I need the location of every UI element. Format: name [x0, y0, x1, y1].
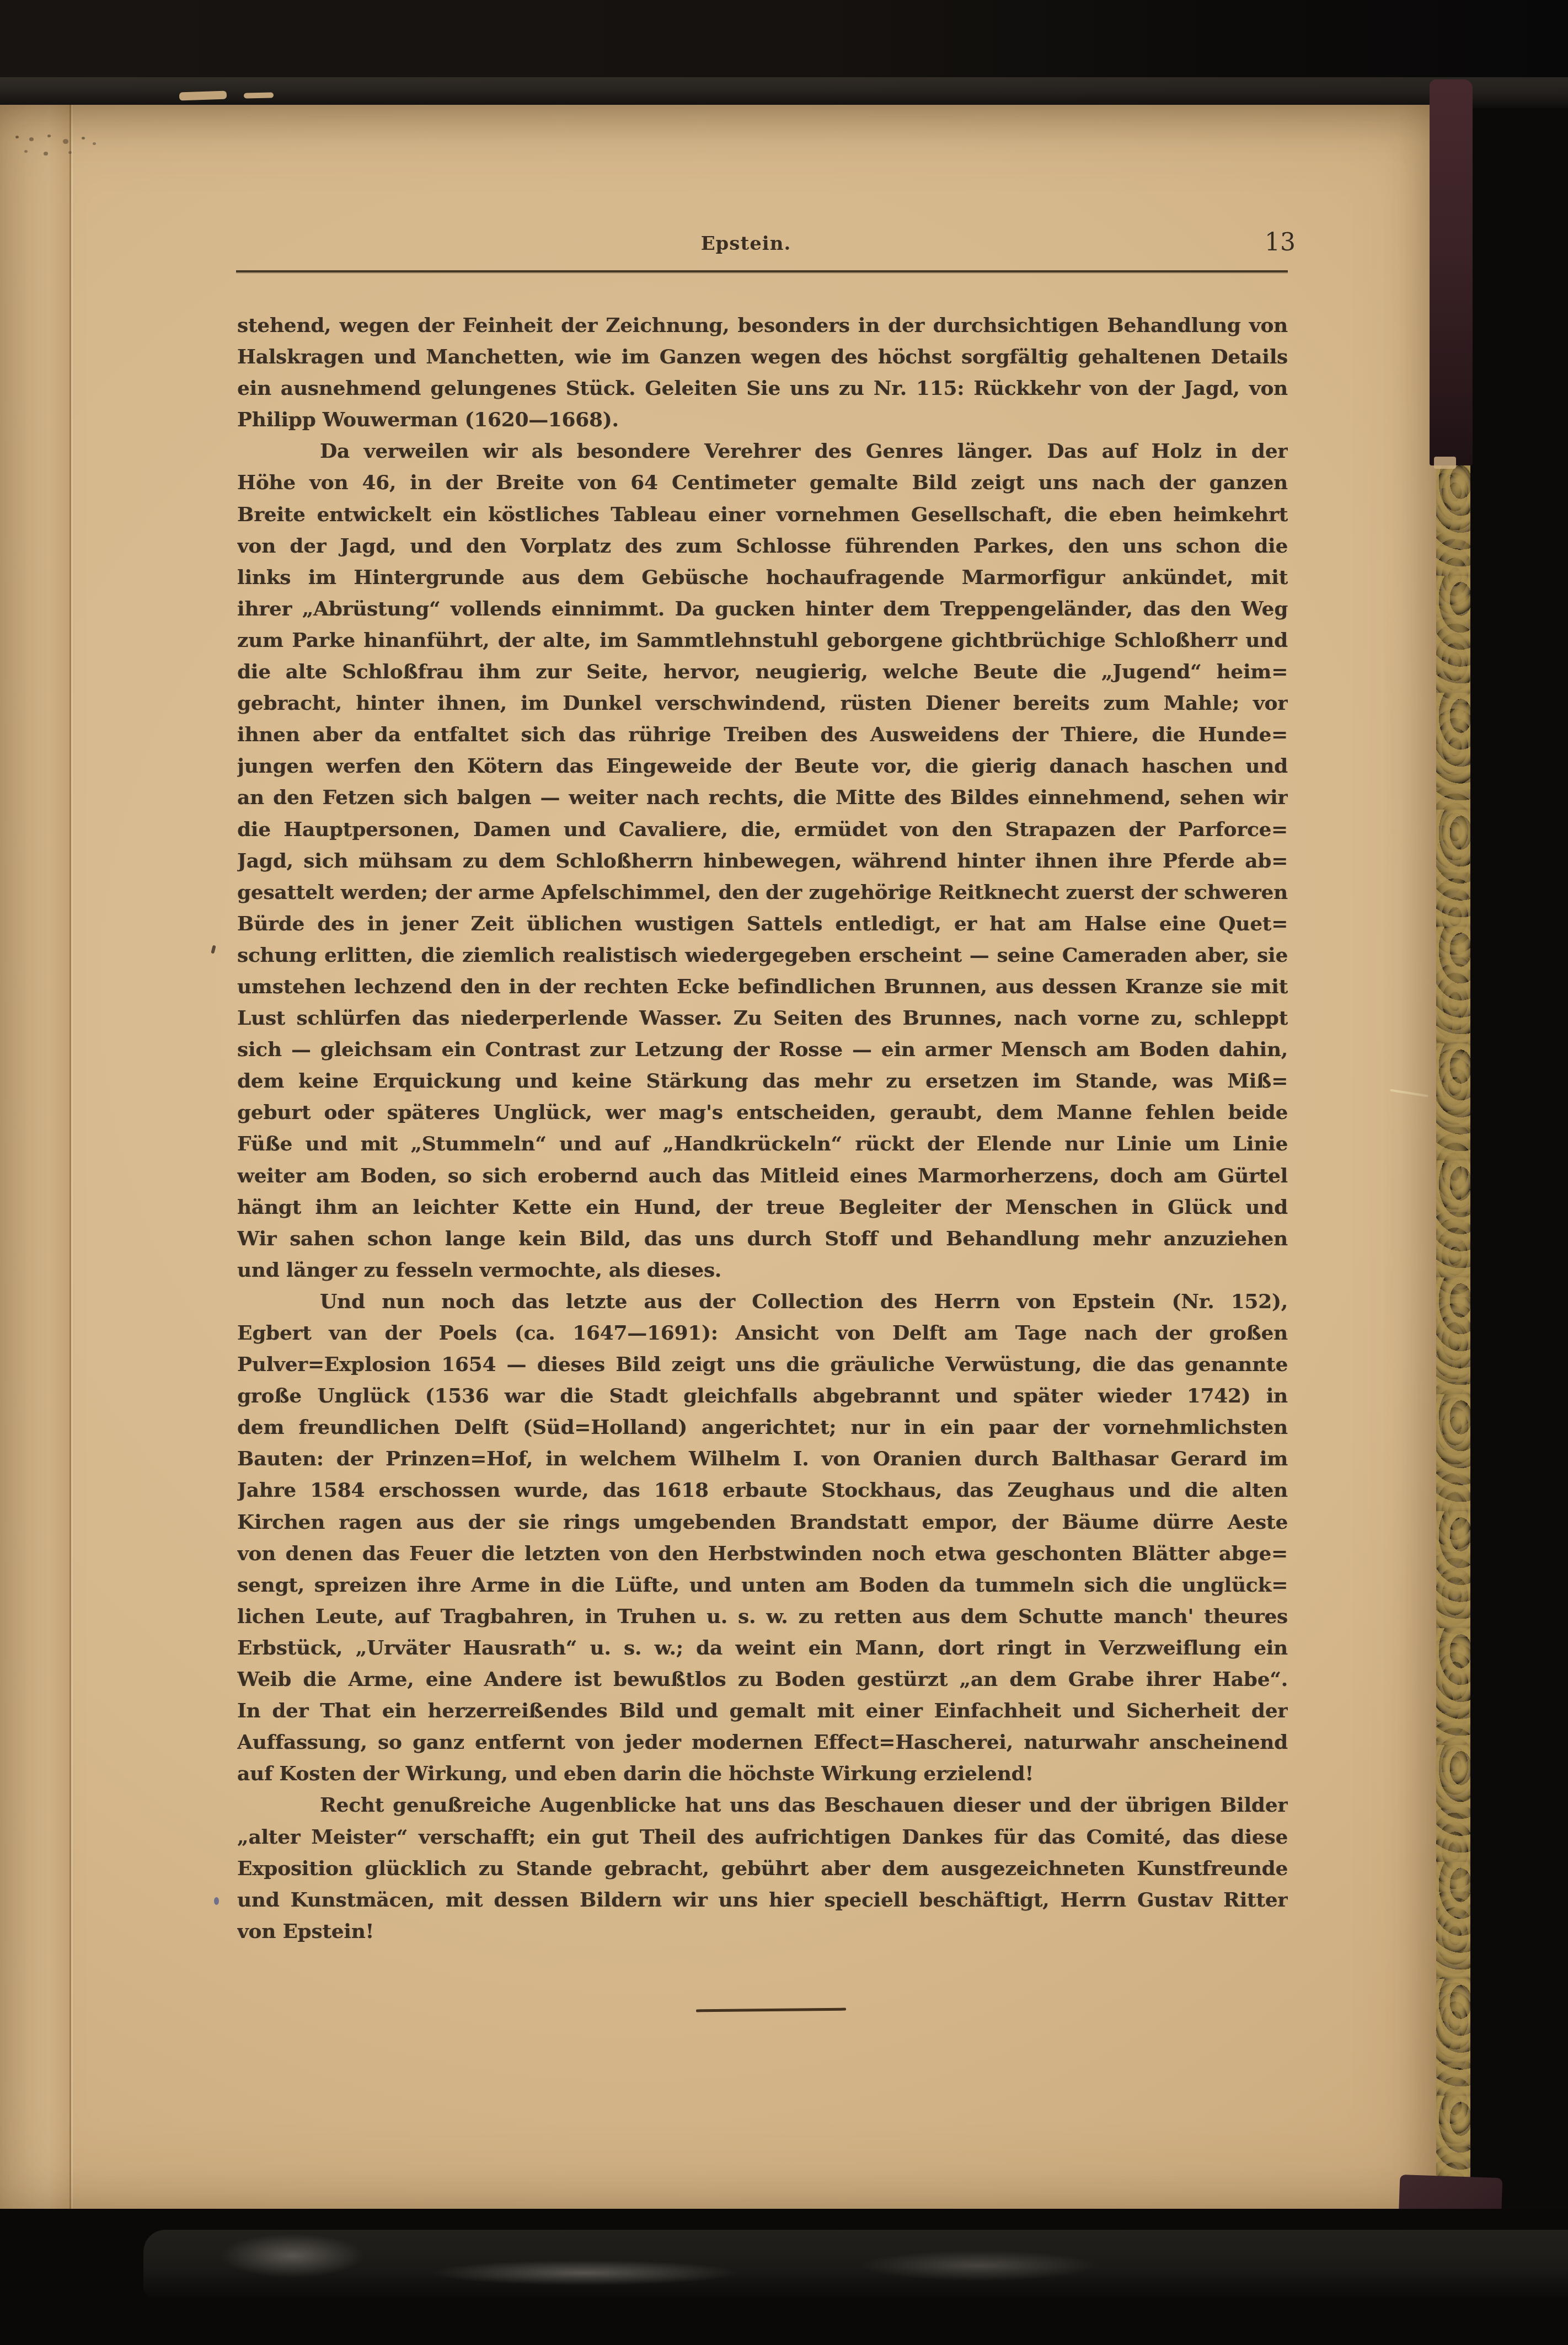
text-line: Jagd, sich mühsam zu dem Schloßherrn hin…	[237, 845, 1288, 877]
text-line: Recht genußreiche Augenblicke hat uns da…	[237, 1790, 1288, 1821]
text-line: und länger zu fesseln vermochte, als die…	[237, 1255, 1288, 1286]
closing-rule	[696, 2008, 846, 2012]
text-line: von denen das Feuer die letzten von den …	[237, 1538, 1288, 1570]
text-line: große Unglück (1536 war die Stadt gleich…	[237, 1380, 1288, 1412]
text-line: Egbert van der Poels (ca. 1647—1691): An…	[237, 1318, 1288, 1349]
text-line: auf Kosten der Wirkung, und eben darin d…	[237, 1758, 1288, 1790]
text-line: dem keine Erquickung und keine Stärkung …	[237, 1066, 1288, 1097]
text-line: Auffassung, so ganz entfernt von jeder m…	[237, 1727, 1288, 1758]
text-line: Kirchen ragen aus der sie rings umgebend…	[237, 1507, 1288, 1538]
text-line: Bauten: der Prinzen=Hof, in welchem Wilh…	[237, 1443, 1288, 1475]
book-cover-top-edge	[0, 0, 1568, 108]
text-line: geburt oder späteres Unglück, wer mag's …	[237, 1097, 1288, 1128]
text-line: hängt ihm an leichter Kette ein Hund, de…	[237, 1192, 1288, 1223]
text-line: die alte Schloßfrau ihm zur Seite, hervo…	[237, 656, 1288, 688]
ink-smudge	[15, 136, 19, 138]
text-line: gesattelt werden; der arme Apfelschimmel…	[237, 877, 1288, 908]
text-line: jungen werfen den Kötern das Eingeweide …	[237, 751, 1288, 782]
text-line: umstehen lechzend den in der rechten Eck…	[237, 971, 1288, 1003]
text-line: schung erlitten, die ziemlich realistisc…	[237, 940, 1288, 971]
worn-leather-chip	[244, 93, 274, 99]
text-line: Philipp Wouwerman (1620—1668).	[237, 404, 1288, 436]
ink-speck	[211, 945, 216, 954]
scuff-mark	[221, 2234, 364, 2278]
text-line: ihrer „Abrüstung“ vollends einnimmt. Da …	[237, 593, 1288, 625]
text-line: Füße und mit „Stummeln“ und auf „Handkrü…	[237, 1128, 1288, 1160]
book-cover-bottom-edge	[0, 2209, 1568, 2345]
paper-tear	[1390, 1089, 1428, 1097]
book-page: Epstein. 13 stehend, wegen der Feinheit …	[0, 105, 1439, 2209]
text-line: an den Fetzen sich balgen — weiter nach …	[237, 782, 1288, 813]
text-line: weiter am Boden, so sich erobernd auch d…	[237, 1160, 1288, 1192]
text-block: stehend, wegen der Feinheit der Zeichnun…	[237, 310, 1288, 1947]
underlying-page-edge	[0, 105, 71, 2209]
text-line: Weib die Arme, eine Andere ist bewußtlos…	[237, 1664, 1288, 1695]
text-line: Jahre 1584 erschossen wurde, das 1618 er…	[237, 1475, 1288, 1506]
worn-leather-chip	[179, 91, 227, 101]
text-line: lichen Leute, auf Tragbahren, in Truhen …	[237, 1601, 1288, 1632]
text-line: sengt, spreizen ihre Arme in die Lüfte, …	[237, 1570, 1288, 1601]
scuff-mark	[430, 2260, 739, 2285]
text-line: und Kunstmäcen, mit dessen Bildern wir u…	[237, 1884, 1288, 1916]
text-line: Halskragen und Manchetten, wie im Ganzen…	[237, 341, 1288, 373]
running-header-title: Epstein.	[237, 233, 1255, 255]
text-line: Da verweilen wir als besondere Verehrer …	[237, 436, 1288, 467]
text-line: Exposition glücklich zu Stande gebracht,…	[237, 1853, 1288, 1884]
text-line: stehend, wegen der Feinheit der Zeichnun…	[237, 310, 1288, 341]
text-line: gebracht, hinter ihnen, im Dunkel versch…	[237, 688, 1288, 719]
text-line: Bürde des in jener Zeit üblichen wustige…	[237, 908, 1288, 940]
text-line: Lust schlürfen das niederperlende Wasser…	[237, 1003, 1288, 1034]
text-line: ein ausnehmend gelungenes Stück. Geleite…	[237, 373, 1288, 404]
text-line: Höhe von 46, in der Breite von 64 Centim…	[237, 467, 1288, 499]
text-line: zum Parke hinanführt, der alte, im Sammt…	[237, 625, 1288, 656]
running-header: Epstein. 13	[237, 229, 1288, 264]
text-line: ihnen aber da entfaltet sich das rührige…	[237, 719, 1288, 751]
text-line: Erbstück, „Urväter Hausrath“ u. s. w.; d…	[237, 1632, 1288, 1664]
photo-backdrop: Epstein. 13 stehend, wegen der Feinheit …	[0, 0, 1568, 2345]
leather-binding-edge-top	[1430, 79, 1473, 465]
page-number: 13	[1265, 228, 1296, 256]
scuff-mark	[860, 2250, 1098, 2281]
blue-ink-speck	[214, 1897, 219, 1905]
text-line: links im Hintergrunde aus dem Gebüsche h…	[237, 562, 1288, 593]
text-line: Wir sahen schon lange kein Bild, das uns…	[237, 1223, 1288, 1255]
text-line: Breite entwickelt ein köstliches Tableau…	[237, 499, 1288, 531]
text-line: sich — gleichsam ein Contrast zur Letzun…	[237, 1034, 1288, 1066]
text-line: dem freundlichen Delft (Süd=Holland) ang…	[237, 1412, 1288, 1443]
text-line: „alter Meister“ verschafft; ein gut Thei…	[237, 1822, 1288, 1853]
text-line: von Epstein!	[237, 1916, 1288, 1947]
text-line: Und nun noch das letzte aus der Collecti…	[237, 1286, 1288, 1318]
text-line: von der Jagd, und den Vorplatz des zum S…	[237, 531, 1288, 562]
text-line: die Hauptpersonen, Damen und Cavaliere, …	[237, 814, 1288, 845]
header-rule	[236, 270, 1288, 272]
text-line: Pulver=Explosion 1654 — dieses Bild zeig…	[237, 1349, 1288, 1380]
text-line: In der That ein herzerreißendes Bild und…	[237, 1695, 1288, 1727]
